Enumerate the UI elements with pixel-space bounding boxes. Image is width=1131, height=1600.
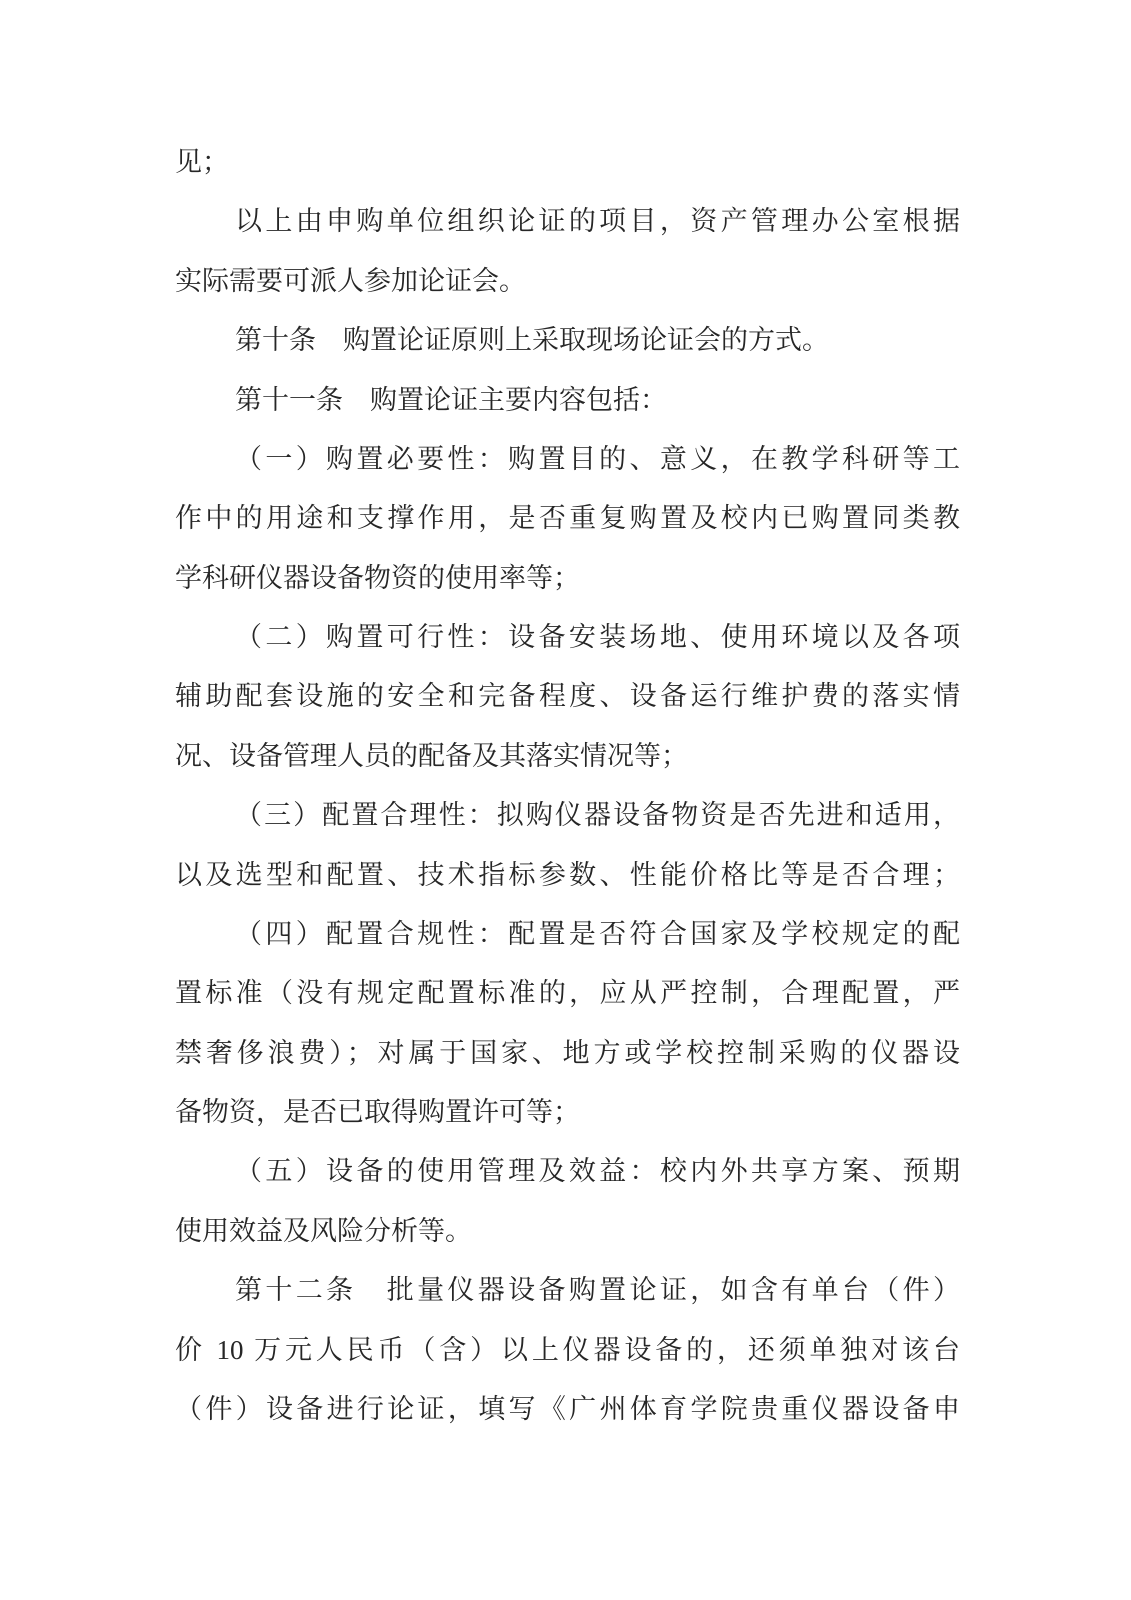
doc-line: 备物资，是否已取得购置许可等；: [175, 1083, 960, 1142]
doc-line: 第十条 购置论证原则上采取现场论证会的方式。: [175, 311, 960, 370]
doc-line: 价 10 万元人民币（含）以上仪器设备的，还须单独对该台: [175, 1321, 960, 1380]
doc-line: （二）购置可行性：设备安装场地、使用环境以及各项: [175, 608, 960, 667]
doc-line: （一）购置必要性：购置目的、意义，在教学科研等工: [175, 430, 960, 489]
doc-line: 禁奢侈浪费）；对属于国家、地方或学校控制采购的仪器设: [175, 1024, 960, 1083]
doc-line: 见；: [175, 133, 960, 192]
doc-line: 作中的用途和支撑作用，是否重复购置及校内已购置同类教: [175, 489, 960, 548]
doc-line: 使用效益及风险分析等。: [175, 1202, 960, 1261]
doc-line: 以上由申购单位组织论证的项目，资产管理办公室根据: [175, 192, 960, 251]
doc-line: （五）设备的使用管理及效益：校内外共享方案、预期: [175, 1142, 960, 1201]
document-page: 见； 以上由申购单位组织论证的项目，资产管理办公室根据 实际需要可派人参加论证会…: [0, 0, 1131, 1600]
doc-line: 第十一条 购置论证主要内容包括：: [175, 371, 960, 430]
document-text-block: 见； 以上由申购单位组织论证的项目，资产管理办公室根据 实际需要可派人参加论证会…: [175, 133, 960, 1439]
doc-line: 置标准（没有规定配置标准的，应从严控制，合理配置，严: [175, 964, 960, 1023]
doc-line: （件）设备进行论证，填写《广州体育学院贵重仪器设备申: [175, 1380, 960, 1439]
doc-line: 以及选型和配置、技术指标参数、性能价格比等是否合理；: [175, 846, 960, 905]
doc-line: （四）配置合规性：配置是否符合国家及学校规定的配: [175, 905, 960, 964]
doc-line: 第十二条 批量仪器设备购置论证，如含有单台（件）: [175, 1261, 960, 1320]
doc-line: 学科研仪器设备物资的使用率等；: [175, 549, 960, 608]
doc-line: 实际需要可派人参加论证会。: [175, 252, 960, 311]
doc-line: （三）配置合理性：拟购仪器设备物资是否先进和适用，: [175, 786, 960, 845]
doc-line: 况、设备管理人员的配备及其落实情况等；: [175, 727, 960, 786]
doc-line: 辅助配套设施的安全和完备程度、设备运行维护费的落实情: [175, 667, 960, 726]
